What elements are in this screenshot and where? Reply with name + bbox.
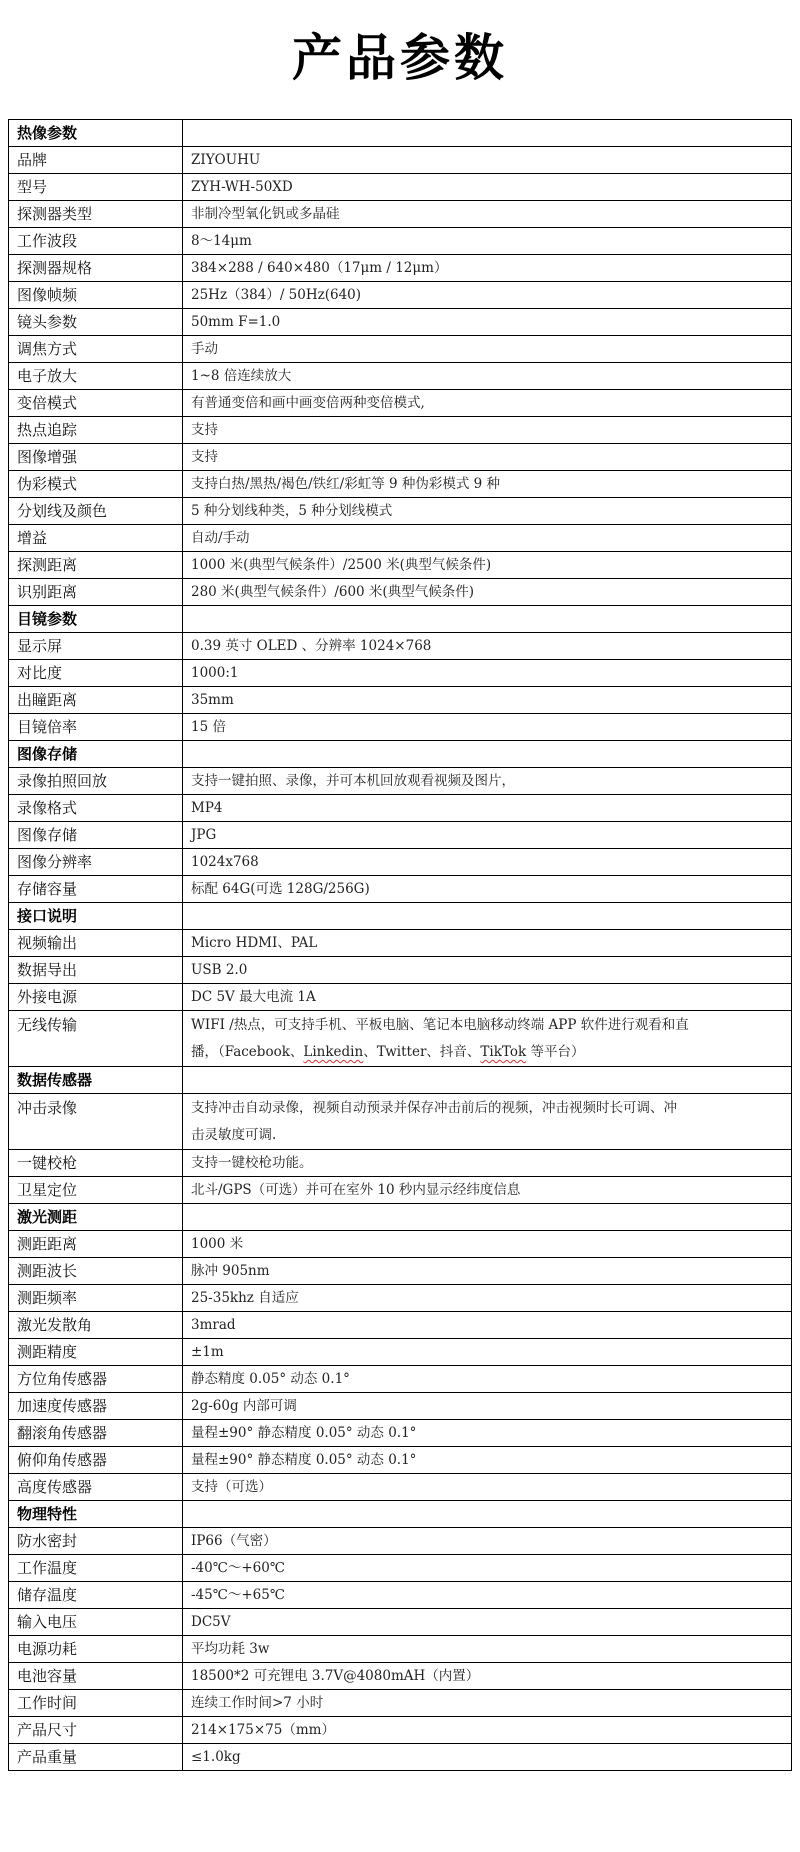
row-label: 镜头参数: [9, 309, 183, 336]
section-blank: [183, 1067, 792, 1094]
table-row: 防水密封IP66（气密）: [9, 1528, 792, 1555]
section-blank: [183, 1501, 792, 1528]
table-row: 电源功耗平均功耗 3w: [9, 1636, 792, 1663]
row-label: 测距精度: [9, 1339, 183, 1366]
row-value: 手动: [183, 336, 792, 363]
table-row: 高度传感器支持（可选）: [9, 1474, 792, 1501]
spec-table: 热像参数 品牌ZIYOUHU 型号ZYH-WH-50XD 探测器类型非制冷型氧化…: [8, 119, 792, 1771]
row-label: 高度传感器: [9, 1474, 183, 1501]
row-value: JPG: [183, 822, 792, 849]
row-label: 翻滚角传感器: [9, 1420, 183, 1447]
row-value: 支持: [183, 444, 792, 471]
table-row: 测距频率25-35khz 自适应: [9, 1285, 792, 1312]
row-value: 384×288 / 640×480（17μm / 12μm）: [183, 255, 792, 282]
table-row: 目镜倍率15 倍: [9, 714, 792, 741]
table-row: 一键校枪支持一键校枪功能。: [9, 1150, 792, 1177]
row-value: 自动/手动: [183, 525, 792, 552]
table-row: 工作波段8～14μm: [9, 228, 792, 255]
table-row: 测距精度±1m: [9, 1339, 792, 1366]
section-title: 图像存储: [9, 741, 183, 768]
row-value: DC5V: [183, 1609, 792, 1636]
row-value: 1000 米: [183, 1231, 792, 1258]
table-row: 探测距离1000 米(典型气候条件）/2500 米(典型气候条件): [9, 552, 792, 579]
row-label: 伪彩模式: [9, 471, 183, 498]
row-value: Micro HDMI、PAL: [183, 930, 792, 957]
row-value: -40℃～+60℃: [183, 1555, 792, 1582]
row-value: 支持一键校枪功能。: [183, 1150, 792, 1177]
value-line-1: 支持冲击自动录像，视频自动预录并保存冲击前后的视频，冲击视频时长可调、冲: [191, 1095, 783, 1122]
section-blank: [183, 741, 792, 768]
row-label: 探测器规格: [9, 255, 183, 282]
row-value: USB 2.0: [183, 957, 792, 984]
table-row: 冲击录像 支持冲击自动录像，视频自动预录并保存冲击前后的视频，冲击视频时长可调、…: [9, 1094, 792, 1150]
row-value: 15 倍: [183, 714, 792, 741]
row-value: 25Hz（384）/ 50Hz(640): [183, 282, 792, 309]
row-value: MP4: [183, 795, 792, 822]
row-value: 1~8 倍连续放大: [183, 363, 792, 390]
section-title: 热像参数: [9, 120, 183, 147]
table-row: 图像帧频25Hz（384）/ 50Hz(640): [9, 282, 792, 309]
row-label: 工作时间: [9, 1690, 183, 1717]
row-value: 平均功耗 3w: [183, 1636, 792, 1663]
table-row: 工作温度-40℃～+60℃: [9, 1555, 792, 1582]
row-label: 激光发散角: [9, 1312, 183, 1339]
row-value: IP66（气密）: [183, 1528, 792, 1555]
row-value: 1024x768: [183, 849, 792, 876]
value-line-2: 播，（Facebook、Linkedin、Twitter、抖音、TikTok 等…: [191, 1039, 783, 1066]
row-label: 出瞳距离: [9, 687, 183, 714]
table-row: 加速度传感器2g-60g 内部可调: [9, 1393, 792, 1420]
row-label: 探测器类型: [9, 201, 183, 228]
value-line-1: WIFI /热点，可支持手机、平板电脑、笔记本电脑移动终端 APP 软件进行观看…: [191, 1012, 783, 1039]
table-row: 卫星定位北斗/GPS（可选）并可在室外 10 秒内显示经纬度信息: [9, 1177, 792, 1204]
row-label: 型号: [9, 174, 183, 201]
row-value: 0.39 英寸 OLED 、分辨率 1024×768: [183, 633, 792, 660]
section-title: 接口说明: [9, 903, 183, 930]
value-text: 等平台）: [526, 1044, 584, 1060]
row-label: 录像拍照回放: [9, 768, 183, 795]
table-row: 伪彩模式支持白热/黑热/褐色/铁红/彩虹等 9 种伪彩模式 9 种: [9, 471, 792, 498]
page-title: 产品参数: [0, 18, 800, 90]
table-row: 翻滚角传感器量程±90° 静态精度 0.05° 动态 0.1°: [9, 1420, 792, 1447]
section-title: 目镜参数: [9, 606, 183, 633]
table-row: 镜头参数50mm F=1.0: [9, 309, 792, 336]
section-header-eyepiece: 目镜参数: [9, 606, 792, 633]
row-value: ZYH-WH-50XD: [183, 174, 792, 201]
row-value: 280 米(典型气候条件）/600 米(典型气候条件): [183, 579, 792, 606]
table-row: 产品重量≤1.0kg: [9, 1744, 792, 1771]
row-label: 调焦方式: [9, 336, 183, 363]
row-label: 存储容量: [9, 876, 183, 903]
section-blank: [183, 1204, 792, 1231]
table-row: 探测器类型非制冷型氧化钒或多晶硅: [9, 201, 792, 228]
section-header-thermal: 热像参数: [9, 120, 792, 147]
table-row: 热点追踪支持: [9, 417, 792, 444]
row-label: 品牌: [9, 147, 183, 174]
row-value: 5 种分划线种类，5 种分划线模式: [183, 498, 792, 525]
table-row: 显示屏0.39 英寸 OLED 、分辨率 1024×768: [9, 633, 792, 660]
row-value: 8～14μm: [183, 228, 792, 255]
table-row: 增益自动/手动: [9, 525, 792, 552]
table-row: 存储容量标配 64G(可选 128G/256G): [9, 876, 792, 903]
section-title: 激光测距: [9, 1204, 183, 1231]
value-text: 播，（Facebook、: [191, 1044, 303, 1060]
row-value: 北斗/GPS（可选）并可在室外 10 秒内显示经纬度信息: [183, 1177, 792, 1204]
row-label: 分划线及颜色: [9, 498, 183, 525]
table-row: 产品尺寸214×175×75（mm）: [9, 1717, 792, 1744]
row-label: 冲击录像: [9, 1094, 183, 1150]
section-title: 物理特性: [9, 1501, 183, 1528]
row-label: 变倍模式: [9, 390, 183, 417]
table-row: 方位角传感器静态精度 0.05° 动态 0.1°: [9, 1366, 792, 1393]
section-blank: [183, 120, 792, 147]
section-header-storage: 图像存储: [9, 741, 792, 768]
row-label: 产品尺寸: [9, 1717, 183, 1744]
table-row: 视频输出Micro HDMI、PAL: [9, 930, 792, 957]
row-label: 卫星定位: [9, 1177, 183, 1204]
row-label: 视频输出: [9, 930, 183, 957]
row-value: 1000:1: [183, 660, 792, 687]
row-value: 连续工作时间>7 小时: [183, 1690, 792, 1717]
row-label: 显示屏: [9, 633, 183, 660]
row-label: 电源功耗: [9, 1636, 183, 1663]
row-value: 25-35khz 自适应: [183, 1285, 792, 1312]
row-label: 测距距离: [9, 1231, 183, 1258]
table-row: 品牌ZIYOUHU: [9, 147, 792, 174]
row-label: 增益: [9, 525, 183, 552]
row-value: ±1m: [183, 1339, 792, 1366]
table-row: 图像分辨率1024x768: [9, 849, 792, 876]
row-label: 俯仰角传感器: [9, 1447, 183, 1474]
table-row: 输入电压DC5V: [9, 1609, 792, 1636]
row-value: 50mm F=1.0: [183, 309, 792, 336]
table-row: 识别距离280 米(典型气候条件）/600 米(典型气候条件): [9, 579, 792, 606]
table-row: 电子放大1~8 倍连续放大: [9, 363, 792, 390]
table-row: 俯仰角传感器量程±90° 静态精度 0.05° 动态 0.1°: [9, 1447, 792, 1474]
row-value: 支持: [183, 417, 792, 444]
row-value: 支持冲击自动录像，视频自动预录并保存冲击前后的视频，冲击视频时长可调、冲 击灵敏…: [183, 1094, 792, 1150]
table-row: 数据导出USB 2.0: [9, 957, 792, 984]
row-label: 热点追踪: [9, 417, 183, 444]
row-label: 数据导出: [9, 957, 183, 984]
row-value: 量程±90° 静态精度 0.05° 动态 0.1°: [183, 1420, 792, 1447]
row-label: 测距波长: [9, 1258, 183, 1285]
table-row: 图像存储JPG: [9, 822, 792, 849]
row-value: ZIYOUHU: [183, 147, 792, 174]
row-value: 支持白热/黑热/褐色/铁红/彩虹等 9 种伪彩模式 9 种: [183, 471, 792, 498]
row-label: 图像增强: [9, 444, 183, 471]
row-value: 214×175×75（mm）: [183, 1717, 792, 1744]
row-label: 对比度: [9, 660, 183, 687]
table-row: 测距波长脉冲 905nm: [9, 1258, 792, 1285]
spellcheck-word: Linkedin: [303, 1044, 363, 1060]
table-row: 出瞳距离35mm: [9, 687, 792, 714]
value-text: 、Twitter、抖音、: [363, 1044, 480, 1060]
section-header-physical: 物理特性: [9, 1501, 792, 1528]
row-value: 2g-60g 内部可调: [183, 1393, 792, 1420]
row-label: 储存温度: [9, 1582, 183, 1609]
row-label: 产品重量: [9, 1744, 183, 1771]
row-value: WIFI /热点，可支持手机、平板电脑、笔记本电脑移动终端 APP 软件进行观看…: [183, 1011, 792, 1067]
row-value: 量程±90° 静态精度 0.05° 动态 0.1°: [183, 1447, 792, 1474]
table-row: 测距距离1000 米: [9, 1231, 792, 1258]
row-label: 目镜倍率: [9, 714, 183, 741]
table-row: 图像增强支持: [9, 444, 792, 471]
row-label: 工作波段: [9, 228, 183, 255]
row-label: 图像存储: [9, 822, 183, 849]
row-value: 3mrad: [183, 1312, 792, 1339]
section-blank: [183, 903, 792, 930]
table-row: 储存温度-45℃～+65℃: [9, 1582, 792, 1609]
table-row: 外接电源DC 5V 最大电流 1A: [9, 984, 792, 1011]
row-label: 防水密封: [9, 1528, 183, 1555]
row-label: 录像格式: [9, 795, 183, 822]
section-title: 数据传感器: [9, 1067, 183, 1094]
row-label: 识别距离: [9, 579, 183, 606]
row-value: 1000 米(典型气候条件）/2500 米(典型气候条件): [183, 552, 792, 579]
row-label: 测距频率: [9, 1285, 183, 1312]
row-value: 非制冷型氧化钒或多晶硅: [183, 201, 792, 228]
row-label: 电子放大: [9, 363, 183, 390]
table-row: 分划线及颜色5 种分划线种类，5 种分划线模式: [9, 498, 792, 525]
row-value: 有普通变倍和画中画变倍两种变倍模式,: [183, 390, 792, 417]
table-row: 变倍模式有普通变倍和画中画变倍两种变倍模式,: [9, 390, 792, 417]
row-label: 探测距离: [9, 552, 183, 579]
table-row: 录像拍照回放支持一键拍照、录像，并可本机回放观看视频及图片，: [9, 768, 792, 795]
row-label: 图像帧频: [9, 282, 183, 309]
section-header-interface: 接口说明: [9, 903, 792, 930]
row-value: ≤1.0kg: [183, 1744, 792, 1771]
row-value: -45℃～+65℃: [183, 1582, 792, 1609]
table-row: 录像格式MP4: [9, 795, 792, 822]
row-label: 一键校枪: [9, 1150, 183, 1177]
table-row: 型号ZYH-WH-50XD: [9, 174, 792, 201]
row-label: 无线传输: [9, 1011, 183, 1067]
section-header-sensors: 数据传感器: [9, 1067, 792, 1094]
section-blank: [183, 606, 792, 633]
table-row: 电池容量18500*2 可充锂电 3.7V@4080mAH（内置）: [9, 1663, 792, 1690]
row-label: 图像分辨率: [9, 849, 183, 876]
spellcheck-word: TikTok: [480, 1044, 526, 1060]
row-label: 加速度传感器: [9, 1393, 183, 1420]
row-value: 支持一键拍照、录像，并可本机回放观看视频及图片，: [183, 768, 792, 795]
row-value: 支持（可选）: [183, 1474, 792, 1501]
table-row: 调焦方式手动: [9, 336, 792, 363]
row-label: 输入电压: [9, 1609, 183, 1636]
row-value: 标配 64G(可选 128G/256G): [183, 876, 792, 903]
row-value: 脉冲 905nm: [183, 1258, 792, 1285]
row-label: 外接电源: [9, 984, 183, 1011]
row-label: 电池容量: [9, 1663, 183, 1690]
table-row: 探测器规格384×288 / 640×480（17μm / 12μm）: [9, 255, 792, 282]
row-value: 35mm: [183, 687, 792, 714]
row-label: 方位角传感器: [9, 1366, 183, 1393]
row-value: 静态精度 0.05° 动态 0.1°: [183, 1366, 792, 1393]
row-value: 18500*2 可充锂电 3.7V@4080mAH（内置）: [183, 1663, 792, 1690]
section-header-laser: 激光测距: [9, 1204, 792, 1231]
value-line-2: 击灵敏度可调.: [191, 1122, 783, 1149]
row-label: 工作温度: [9, 1555, 183, 1582]
table-row: 无线传输 WIFI /热点，可支持手机、平板电脑、笔记本电脑移动终端 APP 软…: [9, 1011, 792, 1067]
row-value: DC 5V 最大电流 1A: [183, 984, 792, 1011]
table-row: 工作时间连续工作时间>7 小时: [9, 1690, 792, 1717]
table-row: 对比度1000:1: [9, 660, 792, 687]
table-row: 激光发散角3mrad: [9, 1312, 792, 1339]
